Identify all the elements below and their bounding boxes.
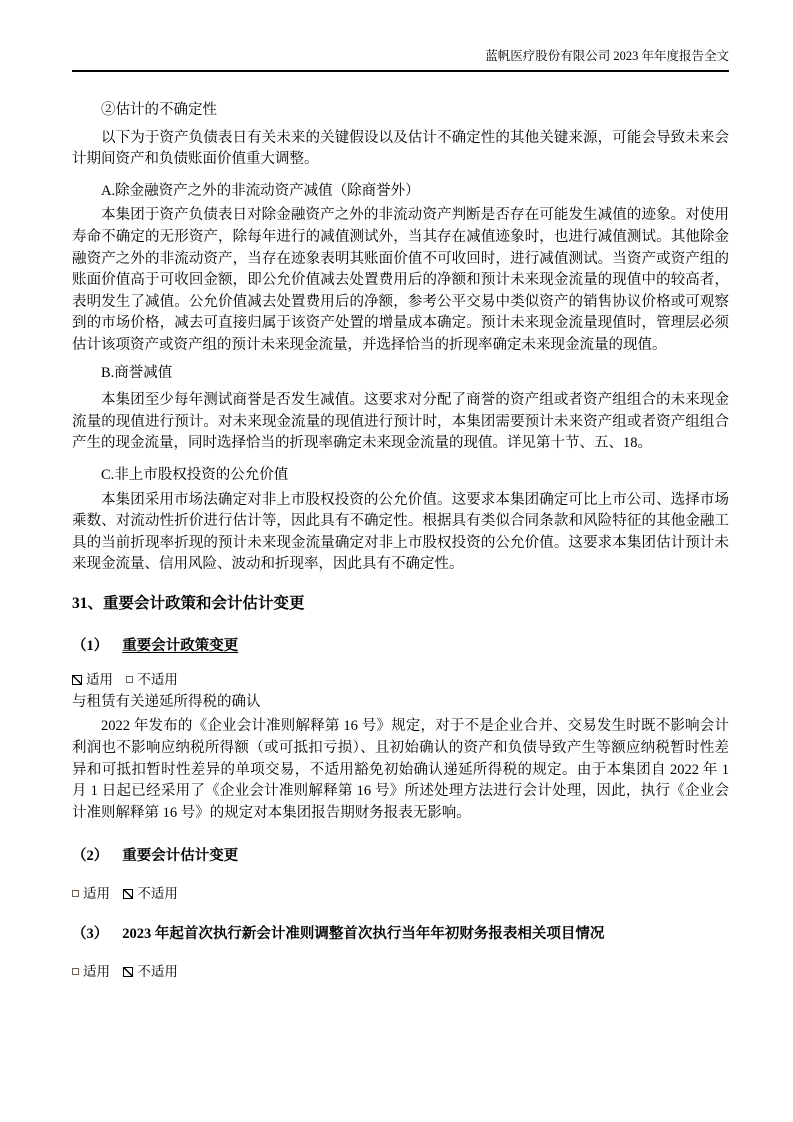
- subsection-3-number: （3）: [72, 926, 108, 942]
- checkbox-applicable-icon: [72, 890, 79, 897]
- heading-item-c: C.非上市股权投资的公允价值: [72, 465, 729, 487]
- header-rule: [72, 70, 729, 72]
- subsection-1-title: 重要会计政策变更: [122, 638, 238, 654]
- paragraph-uncertainty-intro: 以下为于资产负债表日有关未来的关键假设以及估计不确定性的其他关键来源，可能会导致…: [72, 128, 729, 171]
- heading-item-a: A.除金融资产之外的非流动资产减值（除商誉外）: [72, 181, 729, 203]
- subsection-1-number: （1）: [72, 638, 108, 654]
- document-body: ②估计的不确定性 以下为于资产负债表日有关未来的关键假设以及估计不确定性的其他关…: [0, 100, 793, 982]
- subsection-3-title: 2023 年起首次执行新会计准则调整首次执行当年年初财务报表相关项目情况: [122, 926, 604, 942]
- option-applicable: 适用: [72, 964, 110, 979]
- applicability-row-3: 适用 不适用: [72, 962, 729, 982]
- paragraph-policy-change: 2022 年发布的《企业会计准则解释第 16 号》规定，对于不是企业合并、交易发…: [72, 716, 729, 824]
- checkbox-not-applicable-icon: [123, 967, 133, 977]
- report-page: 蓝帆医疗股份有限公司 2023 年年度报告全文 ②估计的不确定性 以下为于资产负…: [0, 0, 793, 1122]
- option-applicable-label: 适用: [86, 672, 113, 687]
- paragraph-item-b: 本集团至少每年测试商誉是否发生减值。这要求对分配了商誉的资产组或者资产组组合的未…: [72, 390, 729, 455]
- policy-change-subtitle: 与租赁有关递延所得税的确认: [72, 692, 729, 714]
- heading-item-b: B.商誉减值: [72, 363, 729, 385]
- heading-estimate-uncertainty: ②估计的不确定性: [72, 100, 729, 122]
- option-not-applicable: 不适用: [123, 964, 178, 979]
- paragraph-item-a: 本集团于资产负债表日对除金融资产之外的非流动资产判断是否存在可能发生减值的迹象。…: [72, 205, 729, 356]
- subsection-2-heading: （2）重要会计估计变更: [72, 846, 729, 866]
- subsection-1-heading: （1）重要会计政策变更: [72, 636, 729, 656]
- option-applicable-label: 适用: [83, 886, 110, 901]
- subsection-2-title: 重要会计估计变更: [122, 848, 238, 864]
- option-applicable-label: 适用: [83, 964, 110, 979]
- applicability-row-1: 适用 不适用: [72, 670, 729, 690]
- checkbox-not-applicable-icon: [126, 676, 133, 683]
- option-applicable: 适用: [72, 886, 110, 901]
- applicability-row-2: 适用 不适用: [72, 884, 729, 904]
- paragraph-item-c: 本集团采用市场法确定对非上市股权投资的公允价值。这要求本集团确定可比上市公司、选…: [72, 490, 729, 576]
- checkbox-applicable-icon: [72, 968, 79, 975]
- checkbox-applicable-icon: [72, 675, 82, 685]
- option-not-applicable-label: 不适用: [137, 672, 178, 687]
- option-not-applicable: 不适用: [123, 886, 178, 901]
- page-header: 蓝帆医疗股份有限公司 2023 年年度报告全文: [0, 0, 793, 72]
- option-applicable: 适用: [72, 672, 113, 687]
- subsection-3-heading: （3）2023 年起首次执行新会计准则调整首次执行当年年初财务报表相关项目情况: [72, 924, 729, 944]
- report-title: 蓝帆医疗股份有限公司 2023 年年度报告全文: [72, 49, 729, 64]
- option-not-applicable-label: 不适用: [137, 964, 178, 979]
- option-not-applicable: 不适用: [126, 672, 178, 687]
- subsection-2-number: （2）: [72, 848, 108, 864]
- option-not-applicable-label: 不适用: [137, 886, 178, 901]
- section-31-heading: 31、重要会计政策和会计估计变更: [72, 594, 729, 614]
- checkbox-not-applicable-icon: [123, 889, 133, 899]
